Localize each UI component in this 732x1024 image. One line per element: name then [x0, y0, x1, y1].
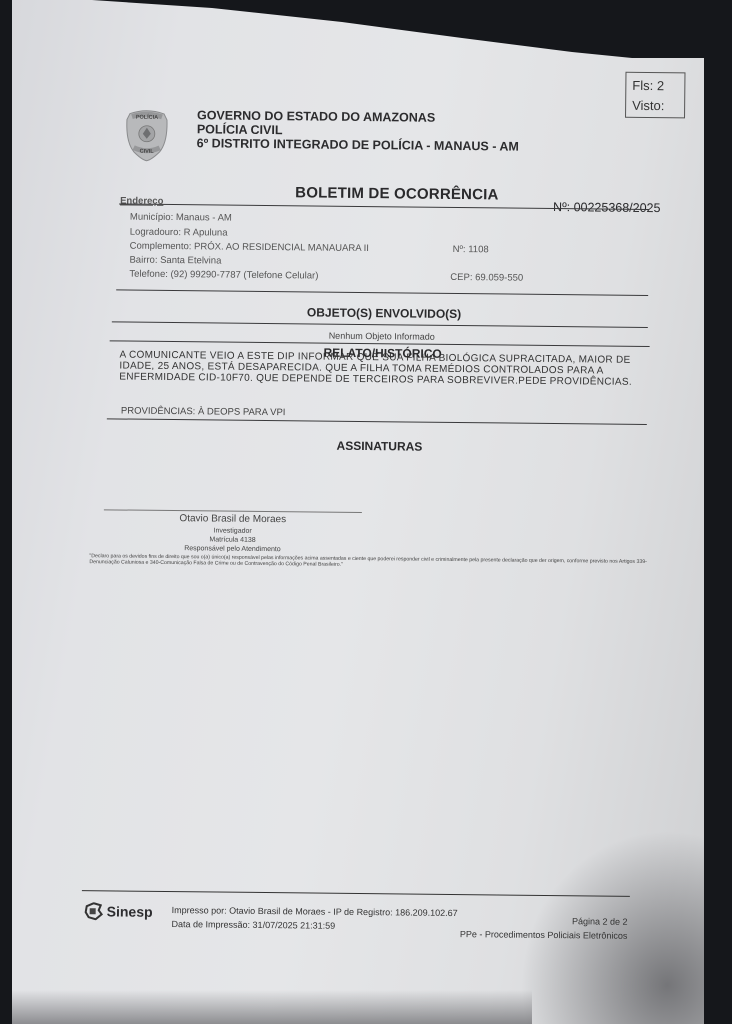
badge-top-text: POLÍCIA	[136, 113, 158, 121]
relato-text: A COMUNICANTE VEIO A ESTE DIP INFORMAR Q…	[119, 349, 659, 388]
declaration-text: "Declaro para os devidos fins de direito…	[89, 553, 649, 571]
folhas-label: Fls: 2	[632, 76, 678, 96]
system-name: PPe - Procedimentos Policiais Eletrônico…	[460, 927, 628, 943]
signer-name: Otavio Brasil de Moraes	[104, 512, 362, 526]
signer-role: Investigador	[104, 526, 362, 536]
document-title: BOLETIM DE OCORRÊNCIA	[295, 184, 499, 203]
cep-field: CEP: 69.059-550	[450, 272, 523, 284]
folhas-box: Fls: 2 Visto:	[625, 72, 685, 119]
footer-print-info: Impresso por: Otavio Brasil de Moraes - …	[171, 903, 457, 934]
objetos-title: OBJETO(S) ENVOLVIDO(S)	[307, 305, 461, 321]
complemento-field: Complemento: PRÓX. AO RESIDENCIAL MANAUA…	[130, 241, 369, 255]
sinesp-logo: Sinesp	[84, 902, 153, 921]
footer-divider	[82, 890, 630, 897]
objetos-value: Nenhum Objeto Informado	[329, 331, 435, 342]
bairro-field: Bairro: Santa Etelvina	[129, 255, 221, 267]
footer-page-info: Página 2 de 2 PPe - Procedimentos Polici…	[460, 913, 628, 943]
divider	[112, 321, 648, 328]
signer-matricula: Matrícula 4138	[104, 535, 362, 545]
logradouro-field: Logradouro: R Apuluna	[130, 227, 228, 239]
municipio-field: Município: Manaus - AM	[130, 212, 232, 224]
sinesp-logo-text: Sinesp	[107, 903, 153, 919]
numero-field: Nº: 1108	[453, 244, 489, 255]
divider	[107, 418, 647, 425]
telefone-field: Telefone: (92) 99290-7787 (Telefone Celu…	[129, 269, 318, 282]
sinesp-logo-icon	[84, 902, 104, 920]
signer-responsavel: Responsável pelo Atendimento	[103, 544, 361, 554]
header-line-3: 6º DISTRITO INTEGRADO DE POLÍCIA - MANAU…	[197, 136, 519, 153]
document-content: Fls: 2 Visto: POLÍCIA CIVIL GOVERNO DO E…	[0, 0, 732, 1024]
address-section-label: Endereço	[120, 195, 163, 206]
providencias-text: PROVIDÊNCIAS: À DEOPS PARA VPI	[121, 405, 286, 418]
visto-label: Visto:	[632, 96, 678, 116]
institution-header: GOVERNO DO ESTADO DO AMAZONAS POLÍCIA CI…	[197, 108, 520, 153]
badge-bottom-text: CIVIL	[140, 149, 155, 155]
assinaturas-title: ASSINATURAS	[336, 439, 422, 454]
policia-civil-badge-icon: POLÍCIA CIVIL	[124, 108, 171, 162]
divider	[116, 289, 648, 296]
